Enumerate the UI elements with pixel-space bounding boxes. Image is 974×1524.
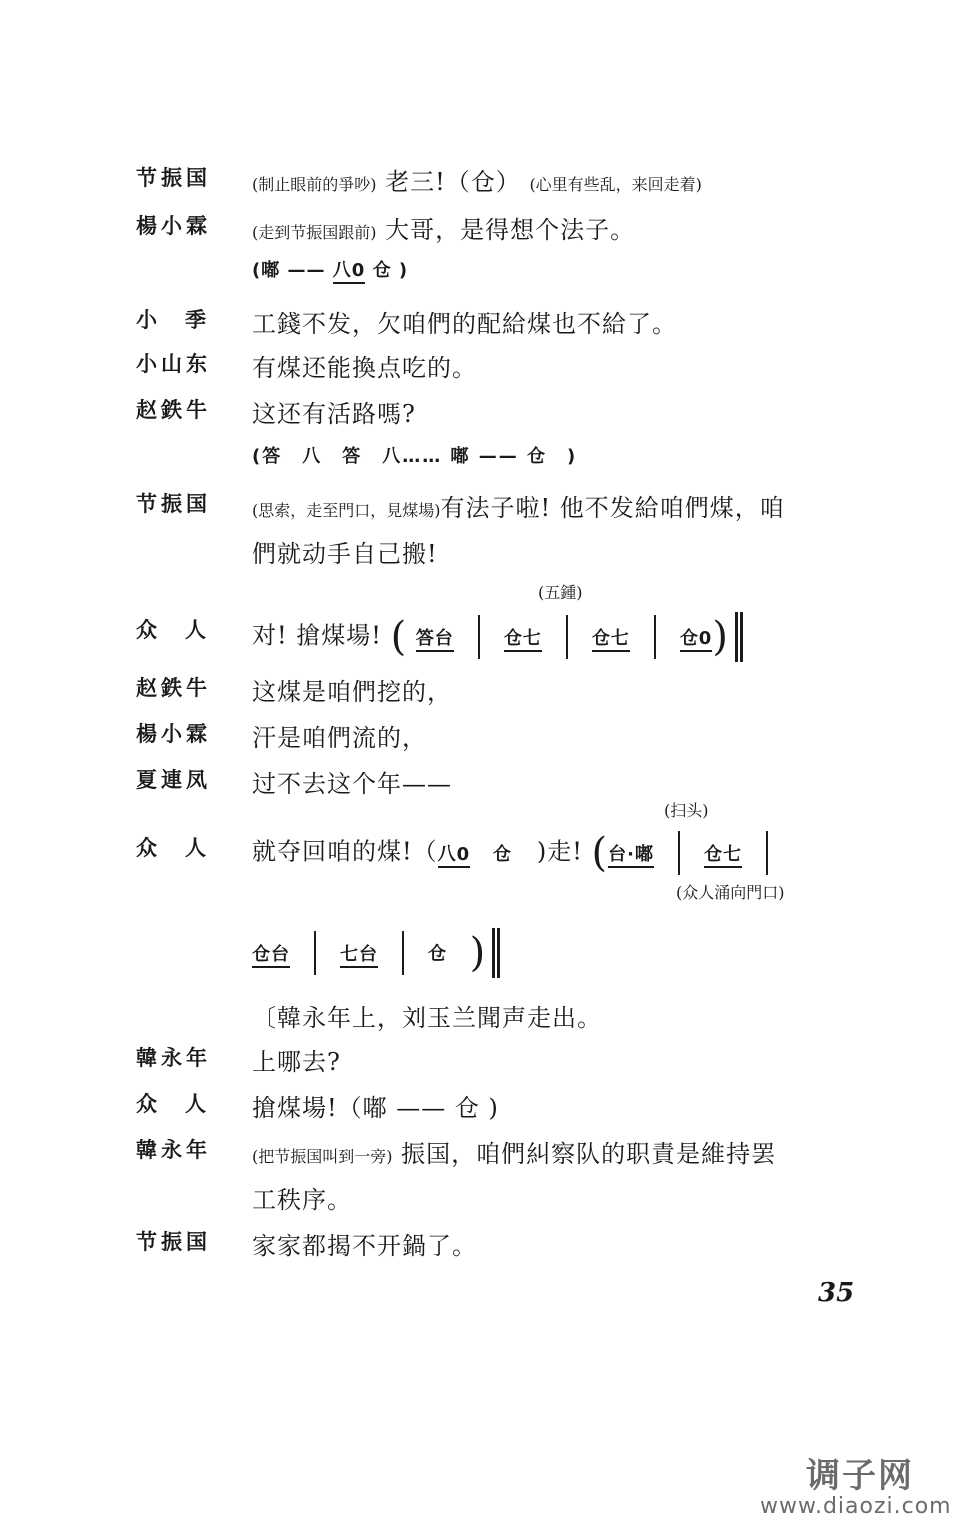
percussion-beat: 台·嘟 xyxy=(608,844,654,868)
speaker-name: 楊小霖 xyxy=(136,210,211,240)
speaker-name: 节振国 xyxy=(136,162,211,192)
dialogue-text: 有煤还能換点吃的。 xyxy=(252,348,477,383)
dialogue-text: 老三!（仓） xyxy=(385,168,521,196)
speaker-name: 韓永年 xyxy=(136,1134,211,1164)
speaker-name: 赵鉄牛 xyxy=(136,394,211,424)
dialogue-text: 工秩序。 xyxy=(252,1180,352,1215)
speaker-name: 众人 xyxy=(136,832,234,862)
speaker-name: 小季 xyxy=(136,304,234,334)
percussion-note: (扫头) xyxy=(664,798,709,821)
speaker-name: 众人 xyxy=(136,1088,234,1118)
stage-direction: (思索，走至門口，見煤場) xyxy=(252,501,441,520)
dialogue-text: 振国，咱們糾察队的职責是維持罢 xyxy=(401,1140,776,1168)
watermark-url: www.diaozi.com xyxy=(760,1494,952,1519)
end-bar-line xyxy=(735,612,738,662)
bar-line xyxy=(654,615,656,659)
dialogue-text: 就夺回咱的煤! xyxy=(252,838,413,866)
percussion-text: 仓 ) xyxy=(365,260,408,281)
dialogue-text: 汗是咱們流的， xyxy=(252,718,427,753)
speaker-name: 韓永年 xyxy=(136,1042,211,1072)
stage-direction: (把节振国叫到一旁) xyxy=(252,1147,393,1166)
dialogue-text: 上哪去? xyxy=(252,1042,341,1077)
bar-line xyxy=(566,615,568,659)
speaker-name: 小山东 xyxy=(136,348,211,378)
speaker-name: 众人 xyxy=(136,614,234,644)
percussion-beat: 仓七 xyxy=(704,844,742,868)
stage-direction: (心里有些乱，来回走着) xyxy=(529,175,702,194)
dialogue-text: 这煤是咱們挖的， xyxy=(252,672,452,707)
percussion-note: (五鍾) xyxy=(538,580,583,603)
percussion-beat: 七台 xyxy=(340,944,378,968)
stage-direction: (众人涌向門口) xyxy=(676,880,785,903)
dialogue-text: 这还有活路嗎? xyxy=(252,394,416,429)
watermark-title: 调子网 xyxy=(806,1448,914,1497)
percussion-beat: 仓 xyxy=(428,944,447,965)
dialogue-text: 們就动手自己搬! xyxy=(252,534,438,569)
percussion-beat: 答台 xyxy=(416,628,454,652)
stage-direction: (走到节振国跟前) xyxy=(252,223,377,242)
end-bar-line xyxy=(492,928,495,978)
speaker-name: 节振国 xyxy=(136,488,211,518)
percussion-beat: 仓 xyxy=(493,844,512,865)
dialogue-text: 走! xyxy=(547,838,583,866)
speaker-name: 节振国 xyxy=(136,1226,211,1256)
percussion-beat: 八0 xyxy=(333,260,366,284)
percussion-text: (嘟 —— xyxy=(252,260,333,281)
percussion-beat: 仓七 xyxy=(504,628,542,652)
percussion-beat: 仓0 xyxy=(680,628,713,652)
dialogue-text: 家家都揭不开鍋了。 xyxy=(252,1226,477,1261)
bar-line xyxy=(678,831,680,875)
bar-line xyxy=(314,931,316,975)
bar-line xyxy=(402,931,404,975)
dialogue-text: 搶煤場!（嘟 —— 仓 ) xyxy=(252,1088,499,1123)
dialogue-text: 过不去这个年—— xyxy=(252,764,452,799)
dialogue-text: 工錢不发，欠咱們的配給煤也不給了。 xyxy=(252,304,677,339)
dialogue-text: 有法子啦! 他不发給咱們煤，咱 xyxy=(441,494,785,522)
speaker-name: 夏連凤 xyxy=(136,764,211,794)
page-number: 35 xyxy=(818,1278,854,1308)
bar-line xyxy=(478,615,480,659)
bar-line xyxy=(766,831,768,875)
percussion-beat: 仓七 xyxy=(592,628,630,652)
stage-direction: (制止眼前的爭吵) xyxy=(252,175,377,194)
speaker-name: 楊小霖 xyxy=(136,718,211,748)
percussion-beat: 八0 xyxy=(438,844,471,868)
dialogue-text: 对! 搶煤場! xyxy=(252,622,382,650)
stage-direction: 〔韓永年上，刘玉兰聞声走出。 xyxy=(252,998,602,1033)
percussion-text: (答 八 答 八…… 嘟 —— 仓 ) xyxy=(252,442,577,468)
speaker-name: 赵鉄牛 xyxy=(136,672,211,702)
percussion-beat: 仓台 xyxy=(252,944,290,968)
dialogue-text: 大哥，是得想个法子。 xyxy=(385,216,635,244)
